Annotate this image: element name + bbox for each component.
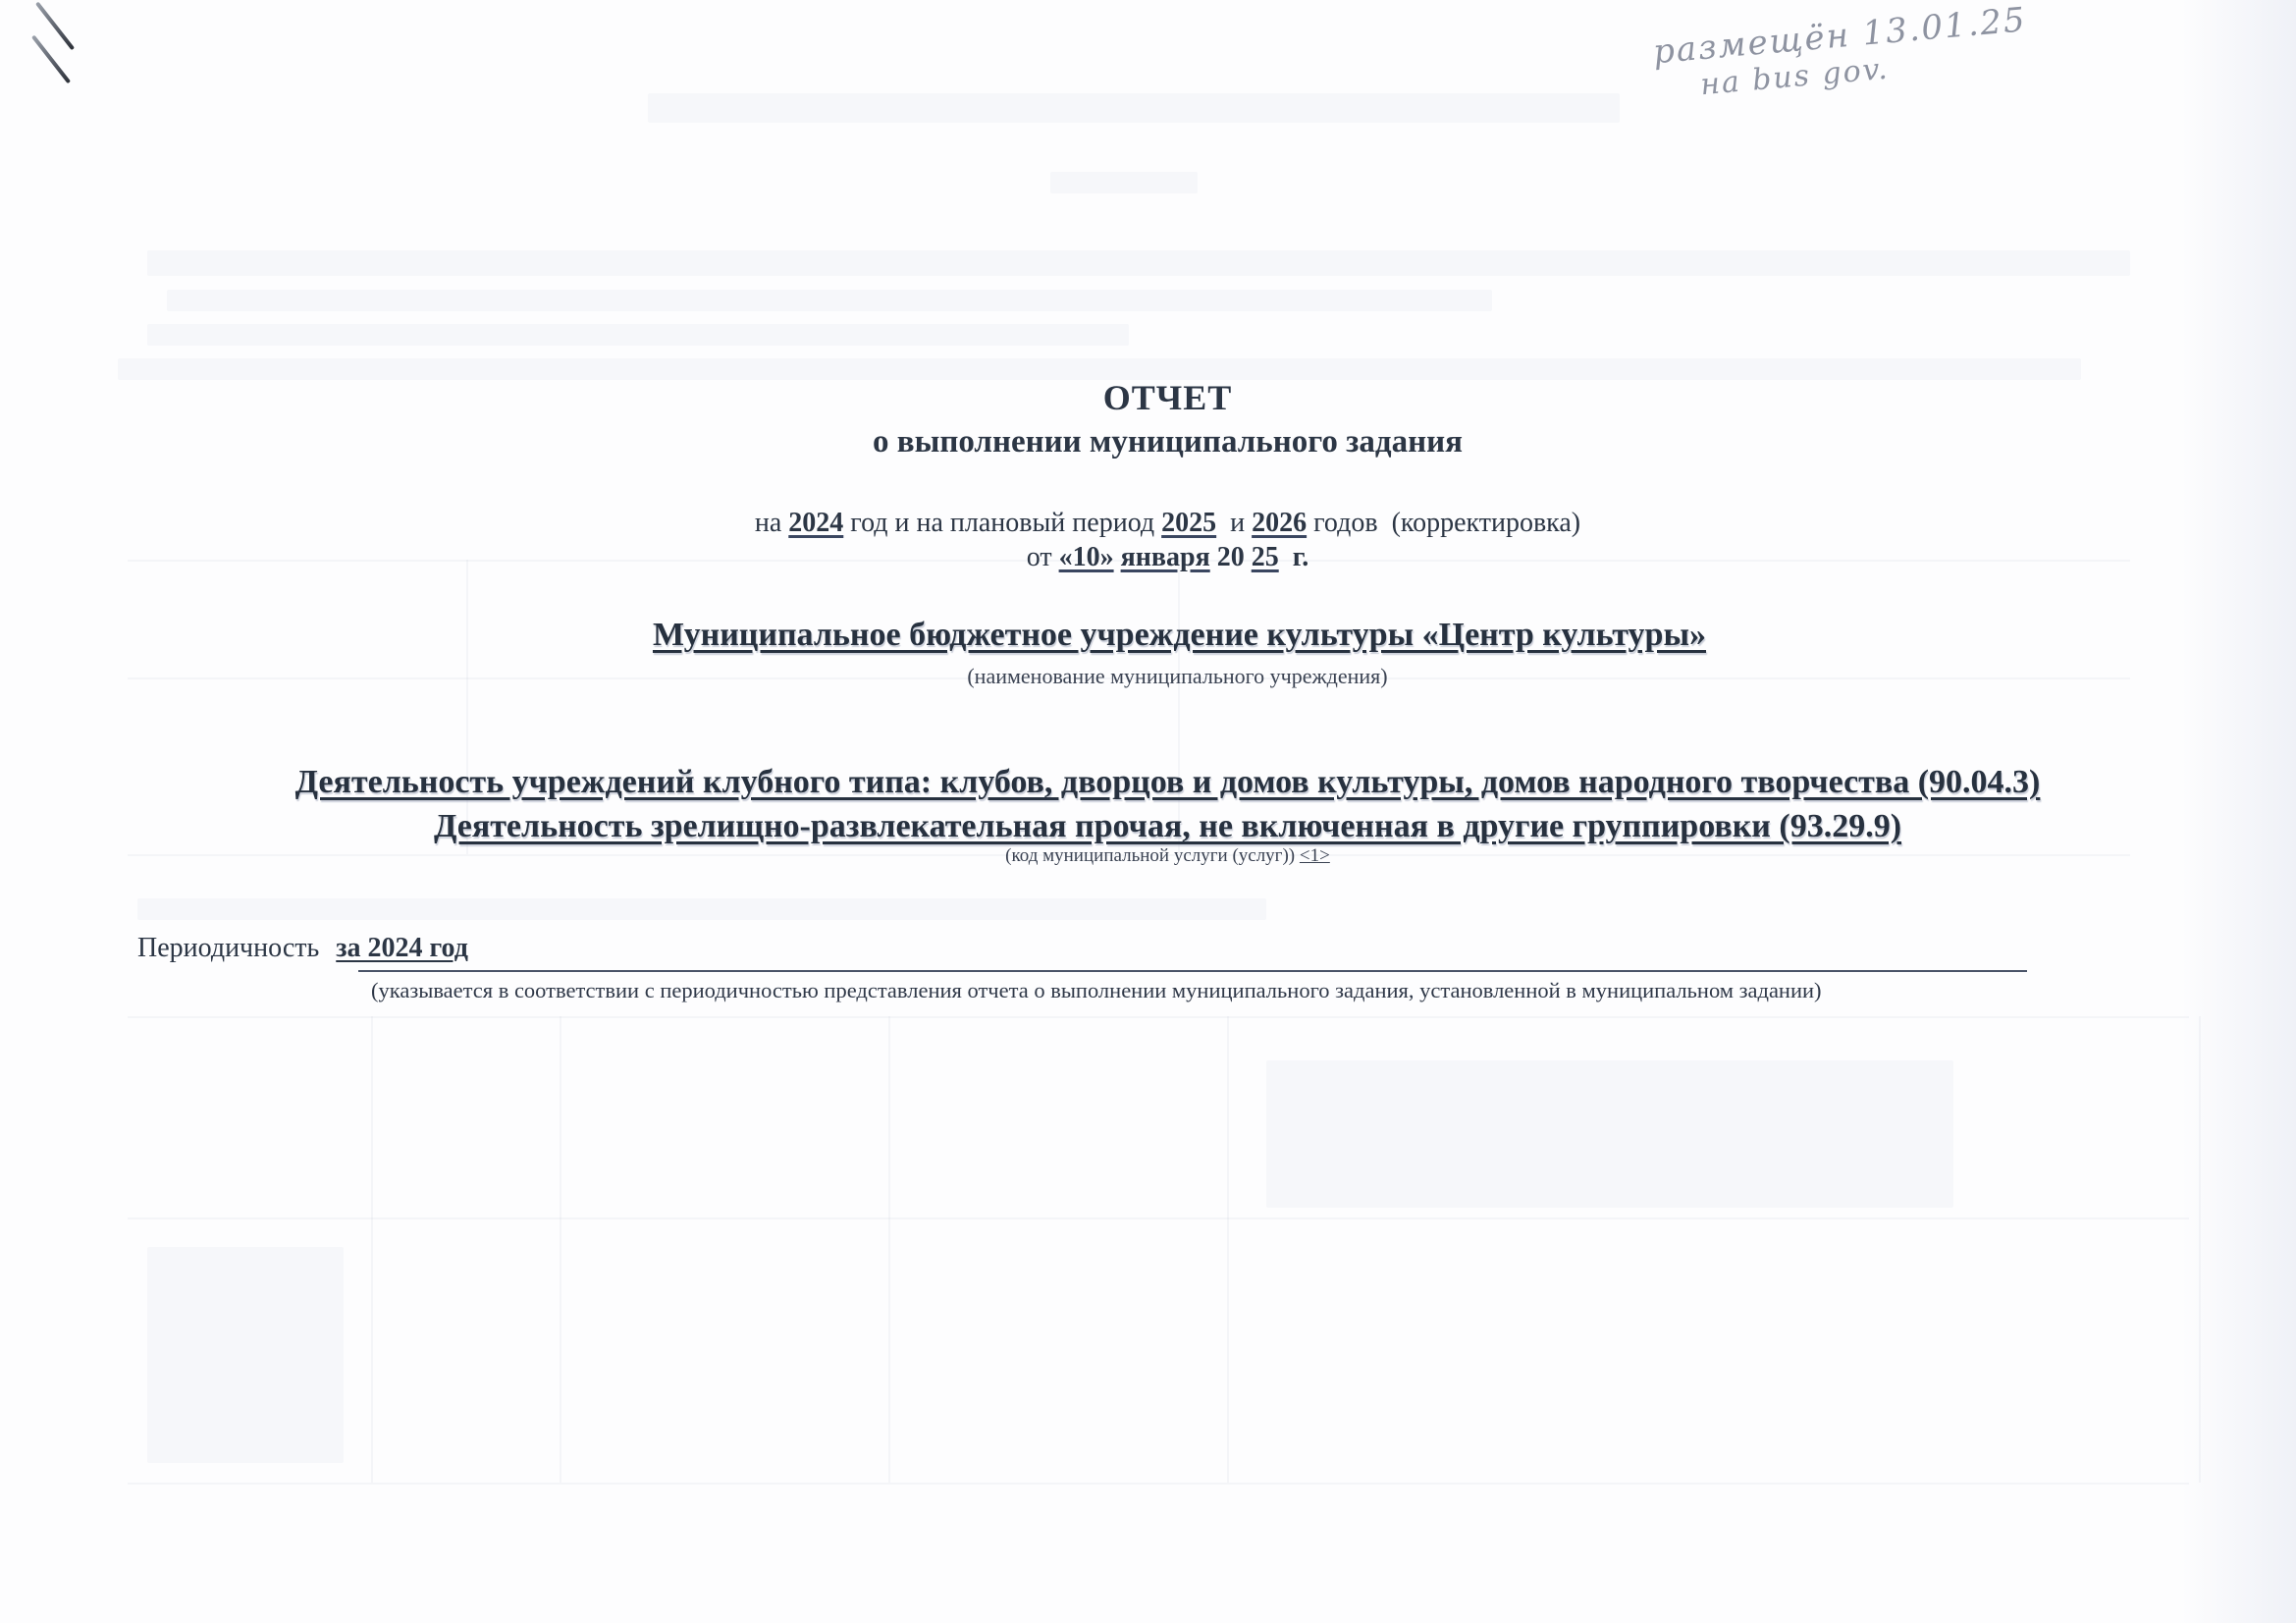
bleed-through-para-3 — [147, 324, 1129, 346]
service-caption-text: (код муниципальной услуги (услуг)) — [1005, 845, 1295, 866]
date-year-short: 25 — [1252, 542, 1279, 572]
document-page: размещён 13.01.25 на bus gov. ОТЧЕТ о вы… — [0, 0, 2296, 1623]
service-item: Деятельность учреждений клубного типа: к… — [20, 764, 2296, 801]
report-period: на 2024 год и на плановый период 2025 и … — [20, 508, 2296, 539]
periodicity-underline — [358, 970, 2027, 972]
bleed-through-table-col — [2199, 1016, 2201, 1483]
service-item: Деятельность зрелищно-развлекательная пр… — [20, 808, 2296, 845]
periodicity-row: Периодичность за 2024 год — [137, 933, 468, 964]
period-mid: год и на плановый период — [850, 508, 1154, 538]
periodicity-label: Периодичность — [137, 933, 319, 963]
period-suffix: годов (корректировка) — [1313, 508, 1580, 538]
period-and: и — [1230, 508, 1245, 538]
date-day: «10» — [1059, 542, 1114, 572]
footnote-ref-link[interactable]: <1> — [1300, 845, 1330, 866]
date-century: 20 — [1217, 542, 1245, 572]
report-title: ОТЧЕТ — [20, 377, 2296, 418]
bleed-through-table-col — [1227, 1016, 1229, 1483]
report-subtitle: о выполнении муниципального задания — [20, 424, 2296, 460]
service-caption: (код муниципальной услуги (услуг)) <1> — [20, 845, 2296, 867]
plan-year-1: 2025 — [1161, 508, 1216, 538]
institution-caption: (наименование муниципального учреждения) — [29, 664, 2296, 689]
bleed-through-table-line — [128, 1217, 2189, 1219]
date-month: января — [1121, 542, 1210, 572]
bleed-through-table-col — [371, 1016, 373, 1483]
bleed-through-table-col — [560, 1016, 561, 1483]
report-date: от «10» января 20 25 г. — [20, 542, 2296, 573]
date-suffix: г. — [1293, 542, 1309, 572]
institution-name: Муниципальное бюджетное учреждение культ… — [31, 617, 2296, 654]
bleed-through-table-line — [128, 1483, 2189, 1485]
periodicity-caption: (указывается в соответствии с периодично… — [371, 978, 1822, 1003]
period-prefix: на — [755, 508, 781, 538]
bleed-through-cell — [1266, 1060, 1953, 1208]
date-prefix: от — [1027, 542, 1052, 572]
periodicity-value: за 2024 год — [336, 933, 468, 963]
bleed-through-para-2 — [167, 290, 1492, 311]
bleed-through-para-1 — [147, 250, 2130, 276]
period-year: 2024 — [788, 508, 843, 538]
plan-year-2: 2026 — [1252, 508, 1307, 538]
bleed-through-table-col — [888, 1016, 890, 1483]
bleed-through-header — [648, 93, 1620, 123]
bleed-through-cell — [147, 1247, 344, 1463]
bleed-through-table-line — [128, 1016, 2189, 1018]
handwritten-note: размещён 13.01.25 на bus gov. — [1651, 0, 2068, 108]
bleed-through-para-5 — [137, 898, 1266, 920]
bleed-through-subheader — [1050, 172, 1198, 193]
